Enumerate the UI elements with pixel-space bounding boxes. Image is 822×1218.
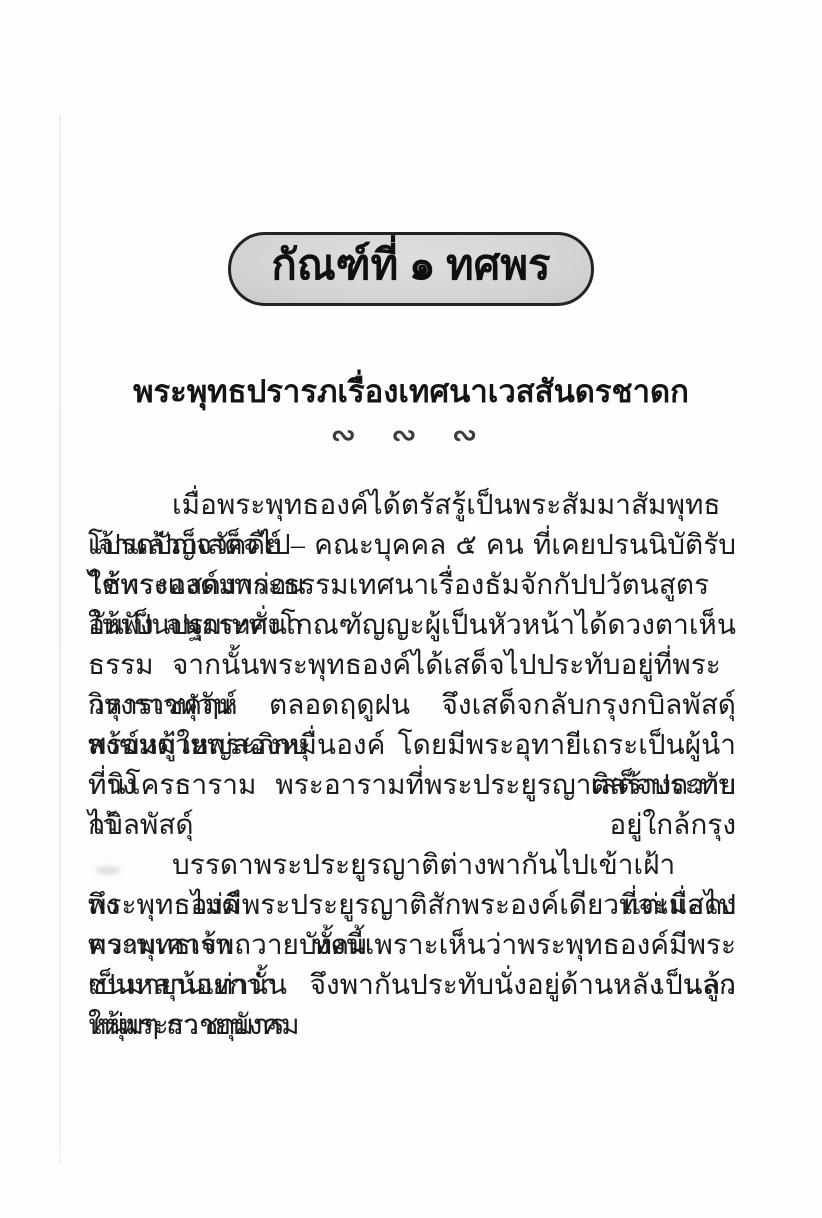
text-line: ถึง ไม่มีพระประยูรญาติสักพระองค์เดียวที่… <box>88 886 736 926</box>
text-line: บรรดาพระประยูรญาติต่างพากันไปเข้าเฝ้าพระ… <box>88 846 736 886</box>
text-line: เมื่อพระพุทธองค์ได้ตรัสรู้เป็นพระสัมมาสั… <box>88 486 736 526</box>
scan-smudge-artifact <box>96 866 120 875</box>
text-line: โปรดปัญจวัคคีย์ – คณะบุคคล ๕ คน ที่เคยปร… <box>88 526 736 566</box>
chapter-banner-title: กัณฑ์ที่ ๑ ทศพร <box>271 245 550 293</box>
text-line: ได้ทรงแสดงพระธรรมเทศนาเรื่องธัมจักกัปปวั… <box>88 566 736 606</box>
text-line: เป็นหลานเท่านั้น จึงพากันประทับนั่งอยู่ด… <box>88 966 736 1006</box>
text-line: จากนั้นพระพุทธองค์ได้เสด็จไปประทับอยู่ที… <box>88 646 736 686</box>
body-text: เมื่อพระพุทธองค์ได้ตรัสรู้เป็นพระสัมมาสั… <box>88 486 736 1046</box>
fleuron-ornament-icon: ∾ ∾ ∾ <box>0 418 822 453</box>
text-line: สงฆ์หมู่ใหญ่สองหมื่นองค์ โดยมีพระอุทายีเ… <box>88 726 736 766</box>
text-line: ให้ฟัง จนกระทั่งโกณฑัญญะผู้เป็นหัวหน้าได… <box>88 606 736 646</box>
chapter-banner: กัณฑ์ที่ ๑ ทศพร <box>228 232 594 306</box>
text-line: พระพุทธเจ้า ทั้งนี้เพราะเห็นว่าพระพุทธอง… <box>88 926 736 966</box>
section-title: พระพุทธปรารภเรื่องเทศนาเวสสันดรชาดก <box>0 366 822 416</box>
text-line: กรุงราชคฤห์ ตลอดฤดูฝน จึงเสด็จกลับกรุงกบ… <box>88 686 736 726</box>
text-line: ที่นิโครธาราม พระอารามที่พระประยูรญาติสร… <box>88 766 736 806</box>
scan-page-edge-artifact <box>59 114 61 1164</box>
text-line: หนุ่มๆ ถวายบังคม <box>88 1006 736 1046</box>
